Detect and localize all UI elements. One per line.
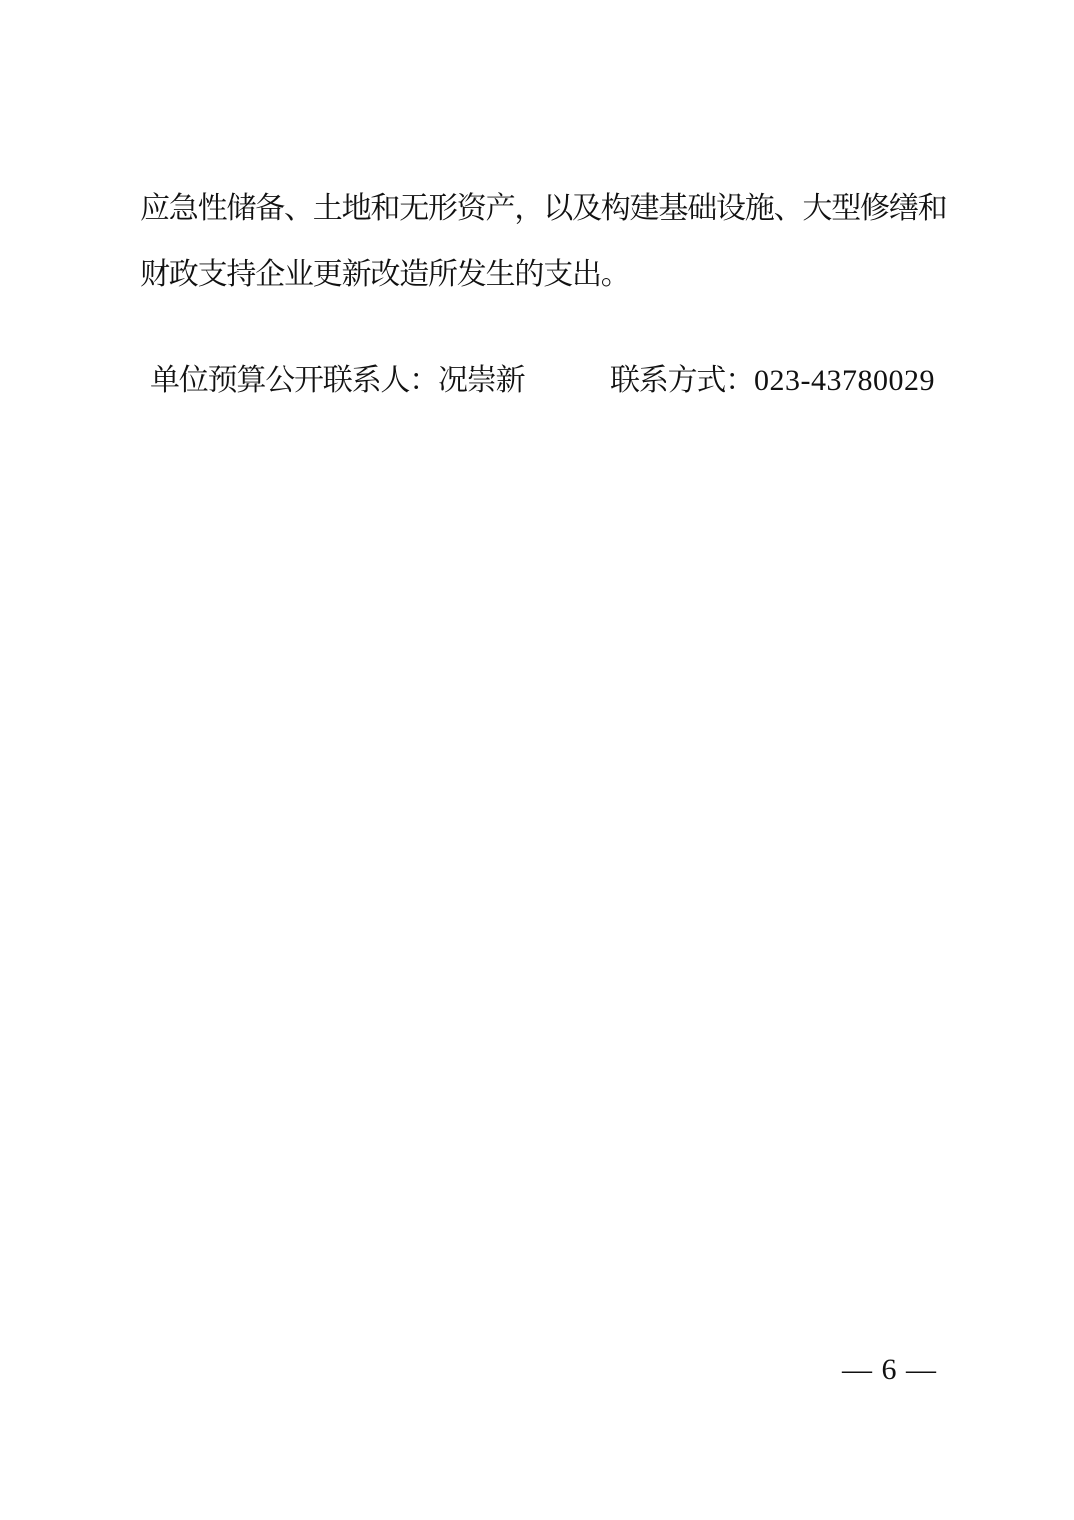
body-paragraph: 应急性储备、土地和无形资产，以及构建基础设施、大型修缮和 财政支持企业更新改造所…	[140, 176, 946, 308]
page-number: — 6 —	[842, 1350, 937, 1390]
contact-person-name: 况崇新	[438, 364, 524, 397]
contact-person-label: 单位预算公开联系人：	[150, 364, 438, 397]
document-page: 应急性储备、土地和无形资产，以及构建基础设施、大型修缮和 财政支持企业更新改造所…	[0, 0, 1074, 1520]
paragraph-line-2: 财政支持企业更新改造所发生的支出。	[140, 242, 946, 308]
contact-row: 单位预算公开联系人：况崇新 联系方式：023-43780029	[0, 348, 1074, 414]
contact-method-label: 联系方式：	[610, 364, 754, 397]
contact-person: 单位预算公开联系人：况崇新	[150, 348, 524, 414]
contact-method: 联系方式：023-43780029	[610, 348, 935, 414]
contact-phone-number: 023-43780029	[754, 364, 935, 397]
paragraph-line-1: 应急性储备、土地和无形资产，以及构建基础设施、大型修缮和	[140, 176, 946, 242]
